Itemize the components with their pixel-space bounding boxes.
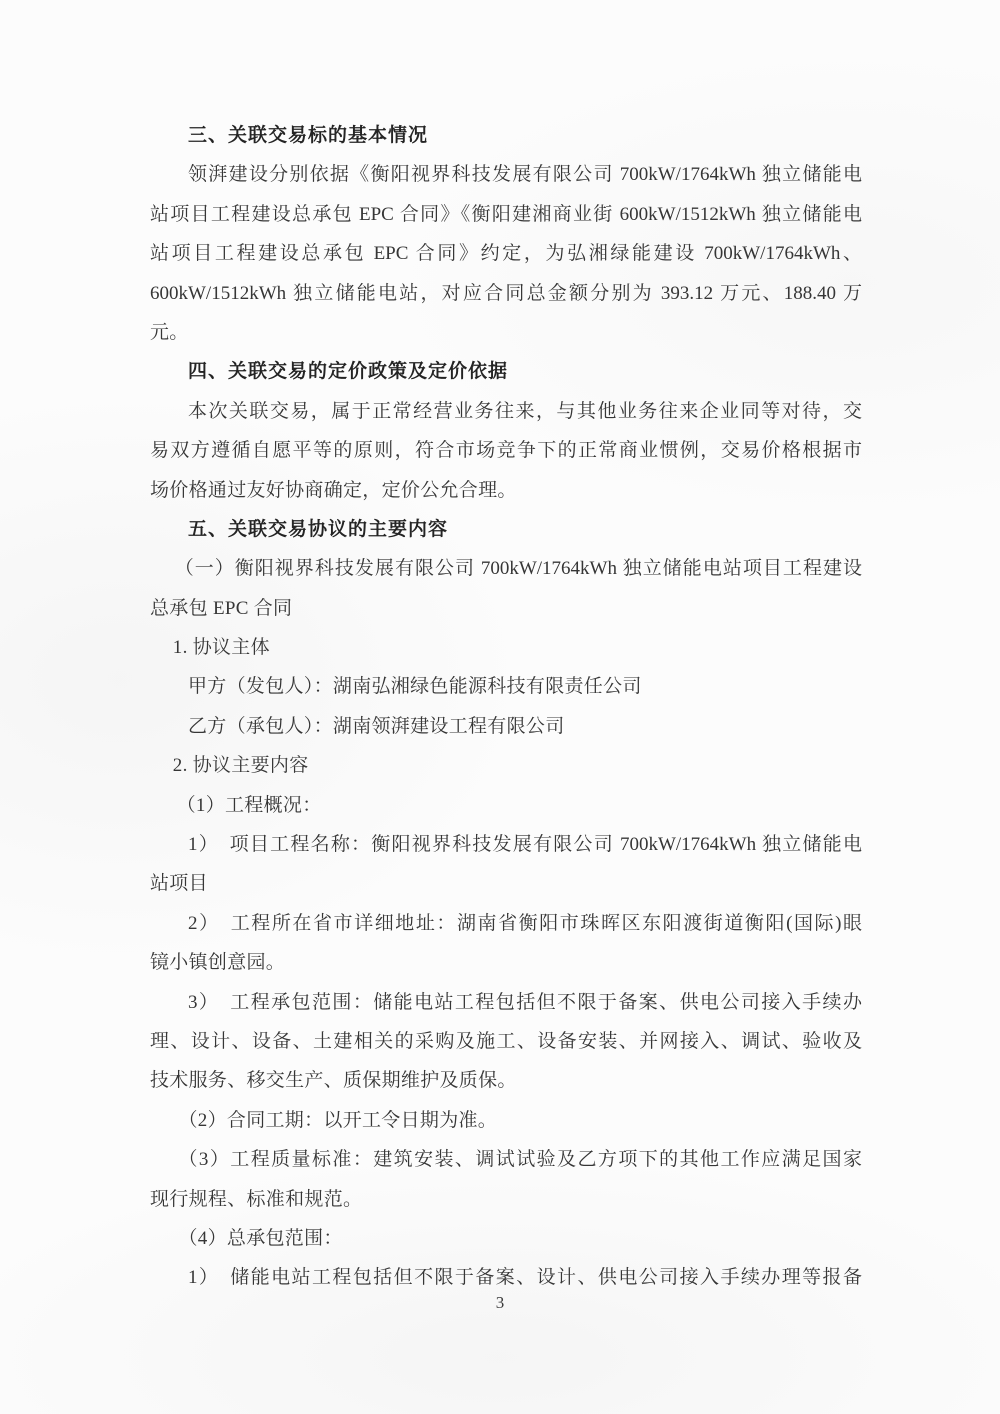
text-line: 站项目 — [150, 864, 862, 903]
section-heading: 四、关联交易的定价政策及定价依据 — [150, 352, 862, 391]
text-line: 600kW/1512kWh 独立储能电站，对应合同总金额分别为 393.12 万… — [150, 274, 862, 313]
text-line: 站项目工程建设总承包 EPC 合同》约定，为弘湘绿能建设 700kW/1764k… — [150, 234, 862, 273]
text-line: （1）工程概况： — [150, 786, 862, 825]
text-line: （3）工程质量标准：建筑安装、调试试验及乙方项下的其他工作应满足国家 — [150, 1140, 862, 1179]
text-line: 领湃建设分别依据《衡阳视界科技发展有限公司 700kW/1764kWh 独立储能… — [150, 155, 862, 194]
text-line: 理、设计、设备、土建相关的采购及施工、设备安装、并网接入、调试、验收及 — [150, 1022, 862, 1061]
document-text-block: 三、关联交易标的基本情况领湃建设分别依据《衡阳视界科技发展有限公司 700kW/… — [150, 116, 862, 1298]
text-line: 站项目工程建设总承包 EPC 合同》《衡阳建湘商业街 600kW/1512kWh… — [150, 195, 862, 234]
text-line: 3） 工程承包范围：储能电站工程包括但不限于备案、供电公司接入手续办 — [150, 983, 862, 1022]
text-line: 现行规程、标准和规范。 — [150, 1180, 862, 1219]
text-line: 2. 协议主要内容 — [150, 746, 862, 785]
text-line: 本次关联交易，属于正常经营业务往来，与其他业务往来企业同等对待，交 — [150, 392, 862, 431]
text-line: 2） 工程所在省市详细地址：湖南省衡阳市珠晖区东阳渡街道衡阳(国际)眼 — [150, 904, 862, 943]
text-line: （一）衡阳视界科技发展有限公司 700kW/1764kWh 独立储能电站项目工程… — [150, 549, 862, 588]
document-page: { "document": { "language": "zh-CN", "te… — [0, 0, 1000, 1414]
text-line: （4）总承包范围： — [150, 1219, 862, 1258]
text-line: 总承包 EPC 合同 — [150, 589, 862, 628]
text-line: 1） 项目工程名称：衡阳视界科技发展有限公司 700kW/1764kWh 独立储… — [150, 825, 862, 864]
text-line: 元。 — [150, 313, 862, 352]
text-line: 技术服务、移交生产、质保期维护及质保。 — [150, 1061, 862, 1100]
text-line: 镜小镇创意园。 — [150, 943, 862, 982]
section-heading: 三、关联交易标的基本情况 — [150, 116, 862, 155]
text-line: （2）合同工期：以开工令日期为准。 — [150, 1101, 862, 1140]
text-line: 场价格通过友好协商确定，定价公允合理。 — [150, 471, 862, 510]
text-line: 1. 协议主体 — [150, 628, 862, 667]
section-heading: 五、关联交易协议的主要内容 — [150, 510, 862, 549]
text-line: 乙方（承包人）：湖南领湃建设工程有限公司 — [150, 707, 862, 746]
text-line: 甲方（发包人）：湖南弘湘绿色能源科技有限责任公司 — [150, 667, 862, 706]
text-line: 易双方遵循自愿平等的原则，符合市场竞争下的正常商业惯例，交易价格根据市 — [150, 431, 862, 470]
page-number: 3 — [0, 1292, 1000, 1314]
